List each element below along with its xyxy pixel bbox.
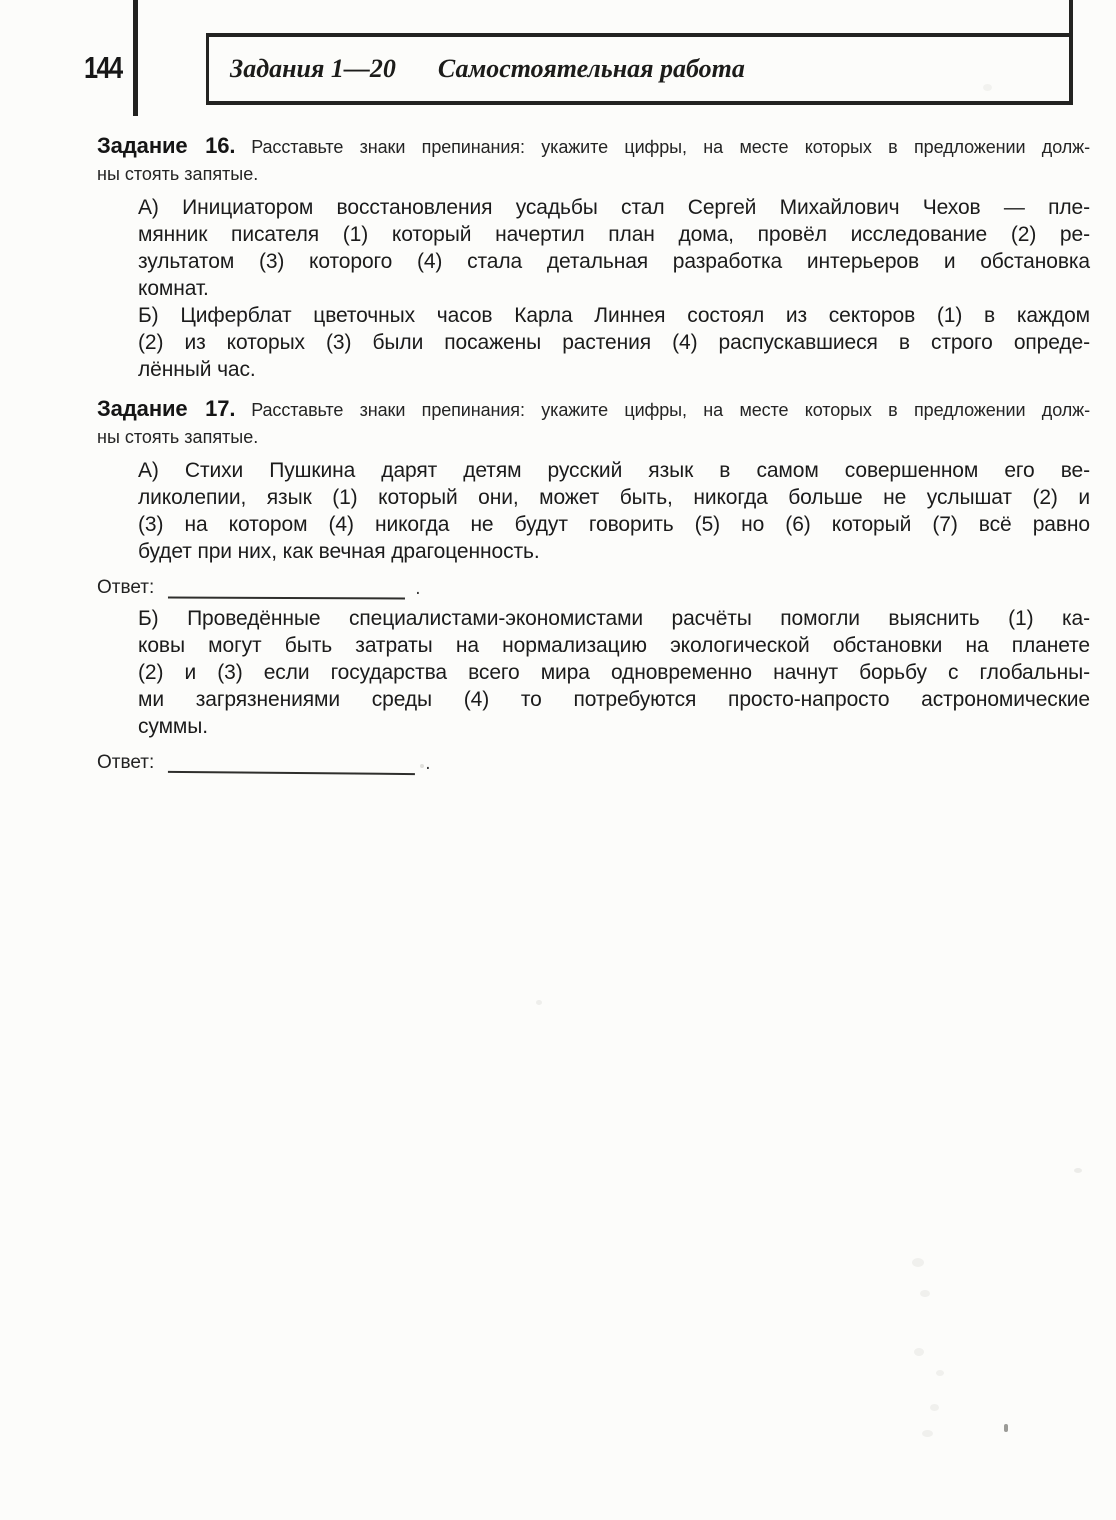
passage-line: ми загрязнениями среды (4) то потребуютс… [138, 686, 1090, 713]
answer-period: . [425, 754, 430, 774]
scan-artifact [536, 1000, 542, 1005]
spine-rule [133, 0, 138, 116]
scan-artifact [912, 1258, 924, 1267]
task17-heading: Задание 17. Расставьте знаки препинания:… [97, 396, 1090, 425]
answer-row-a: Ответ: . [97, 577, 1090, 599]
scan-artifact [1074, 1168, 1082, 1173]
header-title: Самостоятельная работа [438, 54, 745, 84]
scan-artifact [914, 1348, 924, 1356]
passage-line: будет при них, как вечная драгоценность. [138, 538, 1090, 565]
passage-line: Б) Проведённые специалистами-экономистам… [138, 605, 1090, 632]
passage-line: (2) из которых (3) были посажены растени… [138, 329, 1090, 356]
passage-line: ликолепии, язык (1) который они, может б… [138, 484, 1090, 511]
answer-label: Ответ: [97, 752, 154, 774]
page-number: 144 [84, 50, 122, 86]
task16-heading: Задание 16. Расставьте знаки препинания:… [97, 133, 1090, 162]
task17-instruction-line2: ны стоять запятые. [97, 425, 1090, 449]
answer-row-b: Ответ: . [97, 752, 1090, 774]
task-16: Задание 16. Расставьте знаки препинания:… [97, 133, 1090, 383]
task17-passage-b: Б) Проведённые специалистами-экономистам… [138, 605, 1090, 740]
header-tasks-range: Задания 1—20 [230, 54, 396, 84]
answer-blank-line [168, 755, 415, 775]
passage-line: Б) Циферблат цветочных часов Карла Линне… [138, 302, 1090, 329]
passage-line: комнат. [138, 275, 1090, 302]
passage-line: (2) и (3) если государства всего мира од… [138, 659, 1090, 686]
passage-line: А) Стихи Пушкина дарят детям русский язы… [138, 457, 1090, 484]
task16-passage-b: Б) Циферблат цветочных часов Карла Линне… [138, 302, 1090, 383]
passage-line: зультатом (3) которого (4) стала детальн… [138, 248, 1090, 275]
passage-line: суммы. [138, 713, 1090, 740]
scan-artifact [920, 1290, 930, 1297]
passage-line: мянник писателя (1) который начертил пла… [138, 221, 1090, 248]
page-content: Задание 16. Расставьте знаки препинания:… [97, 133, 1090, 774]
answer-period: . [415, 579, 420, 599]
passage-line: ковы могут быть затраты на нормализацию … [138, 632, 1090, 659]
scan-artifact [930, 1404, 939, 1411]
task16-instruction-line1: Расставьте знаки препинания: укажите циф… [251, 137, 1090, 157]
scan-artifact [922, 1430, 933, 1437]
task17-passage-a: А) Стихи Пушкина дарят детям русский язы… [138, 457, 1090, 565]
passage-line: А) Инициатором восстановления усадьбы ст… [138, 194, 1090, 221]
passage-line: (3) на котором (4) никогда не будут гово… [138, 511, 1090, 538]
task16-passage-a: А) Инициатором восстановления усадьбы ст… [138, 194, 1090, 302]
answer-label: Ответ: [97, 577, 154, 599]
chapter-header-box: Задания 1—20 Самостоятельная работа [206, 33, 1073, 105]
scan-artifact [1004, 1424, 1008, 1432]
scan-artifact [936, 1370, 944, 1376]
task17-label: Задание 17. [97, 396, 235, 421]
task17-instruction-line1: Расставьте знаки препинания: укажите циф… [251, 400, 1090, 420]
passage-line: лённый час. [138, 356, 1090, 383]
answer-blank-line [168, 580, 405, 599]
task-17: Задание 17. Расставьте знаки препинания:… [97, 396, 1090, 774]
scanned-workbook-page: 144 Задания 1—20 Самостоятельная работа … [0, 0, 1116, 1520]
header-box-right-extension [1069, 0, 1073, 36]
task16-instruction-line2: ны стоять запятые. [97, 162, 1090, 186]
task16-label: Задание 16. [97, 133, 235, 158]
